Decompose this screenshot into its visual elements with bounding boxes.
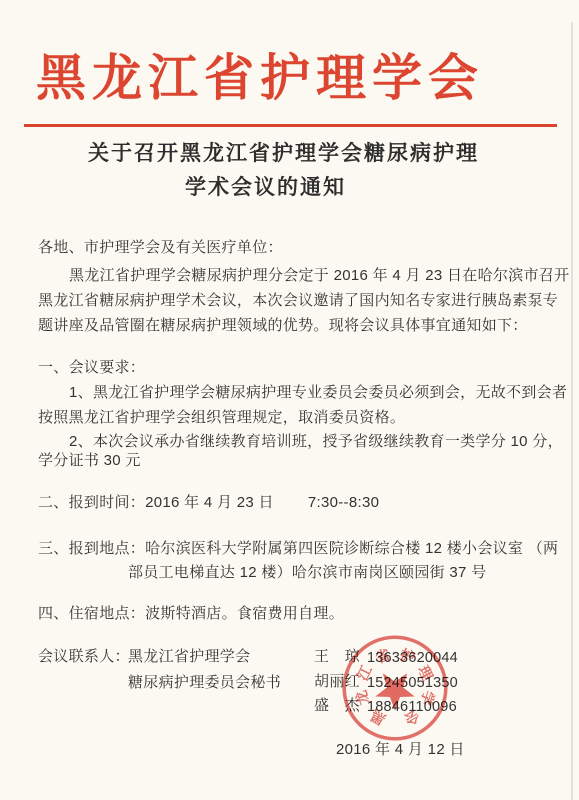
section3-line2: 部员工电梯直达 12 楼）哈尔滨市南岗区颐园街 37 号 <box>128 563 486 583</box>
salutation: 各地、市护理学会及有关医疗单位： <box>38 238 283 258</box>
section1-item1-line1: 1、黑龙江省护理学会糖尿病护理专业委员会委员必须到会，无故不到会者 <box>69 383 567 403</box>
intro-line-1: 黑龙江省护理学会糖尿病护理分会定于 2016 年 4 月 23 日在哈尔滨市召开 <box>69 266 569 286</box>
section2-line: 二、报到时间：2016 年 4 月 23 日7:30--8:30 <box>38 493 379 513</box>
seal-char-6: 理 <box>414 663 436 684</box>
notice-title-line2: 学术会议的通知 <box>185 176 346 200</box>
section1-item2-line2: 学分证书 30 元 <box>38 451 141 471</box>
seal-char-2: 龙 <box>353 688 374 707</box>
seal-char-8: 会 <box>401 706 423 729</box>
official-seal: 黑 龙 江 省 护 理 学 会 <box>338 631 452 745</box>
section1-item2-line1: 2、本次会议承办省继续教育培训班，授予省级继续教育一类学分 10 分， <box>69 432 563 452</box>
issue-date: 2016 年 4 月 12 日 <box>336 740 465 760</box>
intro-line-2: 黑龙江省糖尿病护理学术会议，本次会议邀请了国内知名专家进行胰岛素泵专 <box>38 291 558 311</box>
document-page: 黑龙江省护理学会 关于召开黑龙江省护理学会糖尿病护理 学术会议的通知 各地、市护… <box>0 0 579 800</box>
notice-title-line1: 关于召开黑龙江省护理学会糖尿病护理 <box>88 142 479 166</box>
contacts-org-line1: 黑龙江省护理学会 <box>128 647 250 667</box>
contacts-org-line2: 糖尿病护理委员会秘书 <box>128 673 281 693</box>
intro-line-3: 题讲座及品管圈在糖尿病护理领域的优势。现将会议具体事宜通知如下： <box>38 316 528 336</box>
letterhead-rule <box>24 124 557 127</box>
seal-char-7: 学 <box>417 688 439 708</box>
section2-time: 7:30--8:30 <box>308 494 379 511</box>
section4-line: 四、住宿地点：波斯特酒店。食宿费用自理。 <box>38 604 344 624</box>
seal-char-3: 江 <box>354 663 376 685</box>
seal-char-1: 黑 <box>367 706 388 728</box>
section3-line1: 三、报到地点：哈尔滨医科大学附属第四医院诊断综合楼 12 楼小会议室 （两 <box>38 539 558 559</box>
section1-heading: 一、会议要求： <box>38 358 145 378</box>
section1-item1-line2: 按照黑龙江省护理学会组织管理规定，取消委员资格。 <box>38 408 405 428</box>
seal-char-5: 护 <box>397 645 417 667</box>
star-icon <box>375 673 414 710</box>
section2-label: 二、报到时间：2016 年 4 月 23 日 <box>38 494 274 511</box>
contacts-label: 会议联系人： <box>38 647 130 667</box>
letterhead-org-name: 黑龙江省护理学会 <box>36 50 484 106</box>
scan-edge-line <box>571 22 573 800</box>
seal-char-4: 省 <box>373 646 393 667</box>
